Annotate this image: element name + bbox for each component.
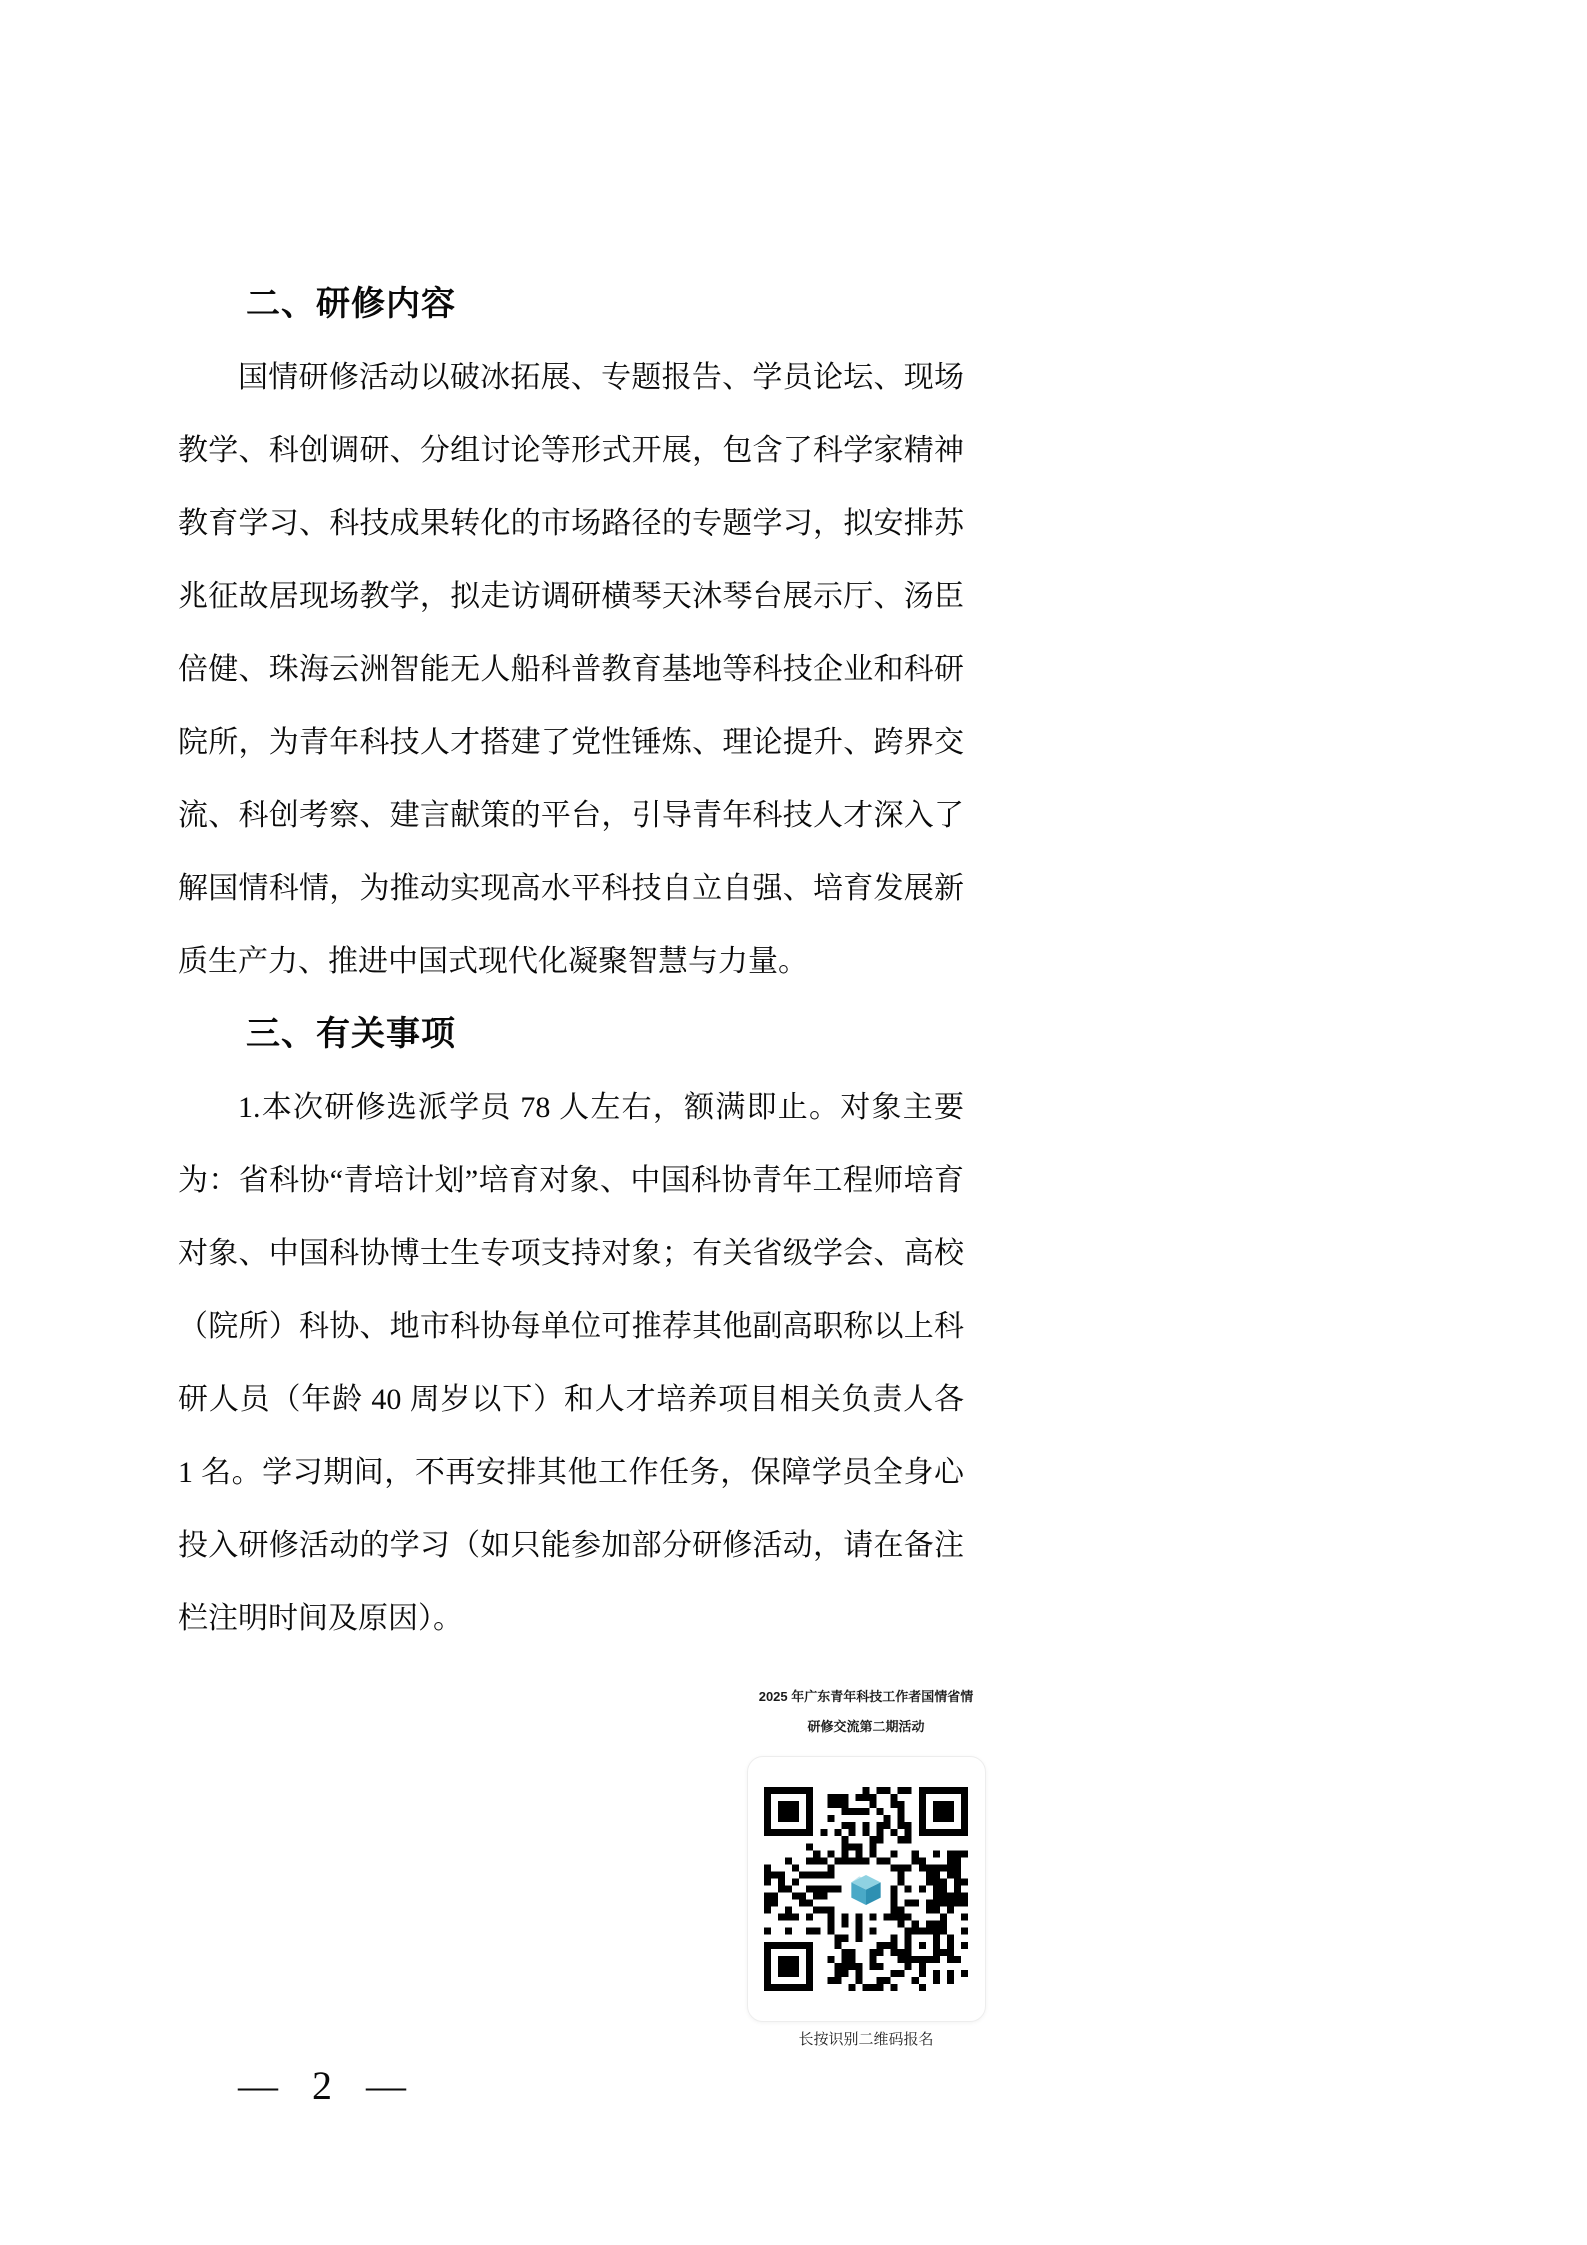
paragraph-related-matters: 1.本次研修选派学员 78 人左右，额满即止。对象主要为：省科协“青培计划”培育…	[178, 1071, 964, 1655]
section-heading-research-content: 二、研修内容	[178, 268, 964, 341]
paragraph-research-content: 国情研修活动以破冰拓展、专题报告、学员论坛、现场教学、科创调研、分组讨论等形式开…	[178, 341, 964, 998]
qr-signup-block: 2025 年广东青年科技工作者国情省情 研修交流第二期活动 长按识别二维码报名	[662, 1682, 1070, 2052]
footer-right-dash: —	[366, 2062, 406, 2109]
document-body: 二、研修内容 国情研修活动以破冰拓展、专题报告、学员论坛、现场教学、科创调研、分…	[178, 268, 964, 1655]
qr-center-box-icon	[846, 1869, 886, 1909]
qr-caption-line2: 研修交流第二期活动	[662, 1712, 1070, 1742]
footer-left-dash: —	[238, 2062, 278, 2109]
qr-code-card	[747, 1756, 986, 2022]
section-heading-related-matters: 三、有关事项	[178, 998, 964, 1071]
qr-scan-hint: 长按识别二维码报名	[662, 2028, 1070, 2052]
page-footer: — 2 —	[238, 2062, 406, 2109]
qr-caption-line1: 2025 年广东青年科技工作者国情省情	[662, 1682, 1070, 1712]
footer-page-number: 2	[312, 2062, 332, 2109]
document-page: 二、研修内容 国情研修活动以破冰拓展、专题报告、学员论坛、现场教学、科创调研、分…	[0, 0, 1587, 2245]
